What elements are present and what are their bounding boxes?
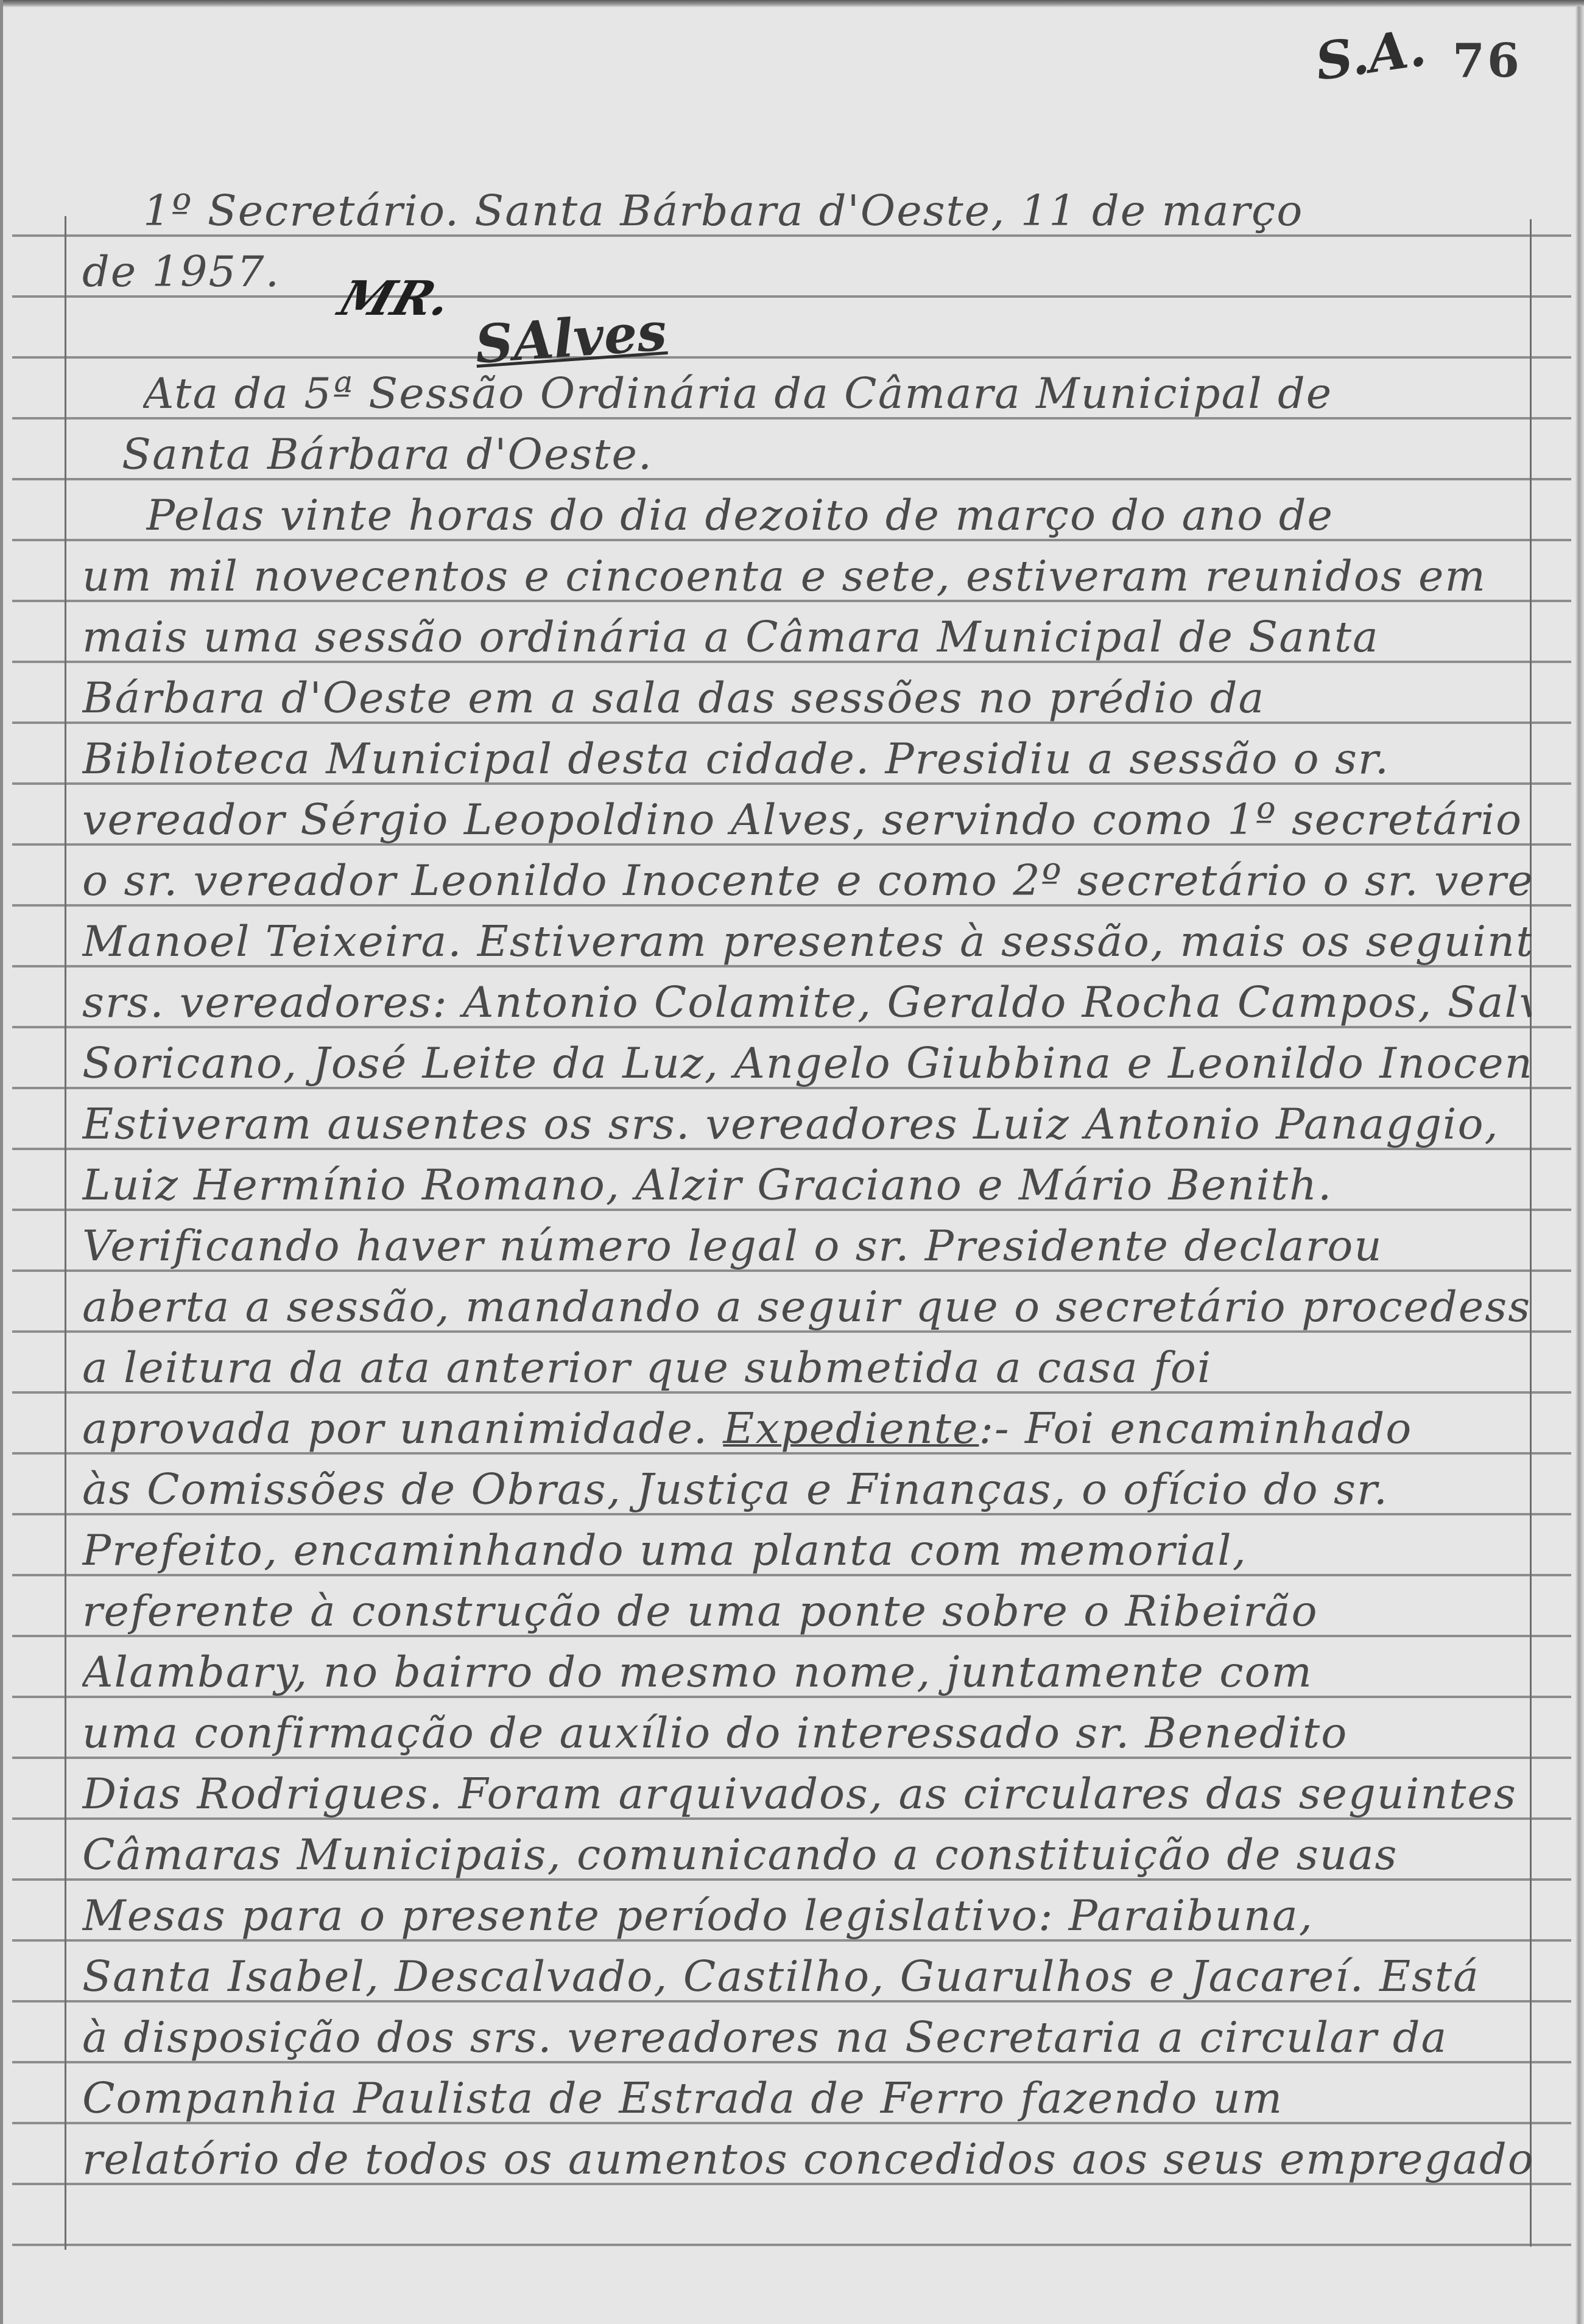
ruled-line bbox=[12, 2244, 1571, 2246]
body-line: uma confirmação de auxílio do interessad… bbox=[82, 1708, 1532, 1758]
body-line: aprovada por unanimidade. Expediente:- F… bbox=[82, 1403, 1532, 1453]
left-margin-line bbox=[65, 216, 66, 2250]
body-line: Verificando haver número legal o sr. Pre… bbox=[82, 1221, 1532, 1271]
title-line-1: Ata da 5ª Sessão Ordinária da Câmara Mun… bbox=[143, 368, 1584, 418]
body-line: referente à construção de uma ponte sobr… bbox=[82, 1586, 1532, 1636]
header-line-2: de 1957. bbox=[82, 247, 1532, 297]
body-line: Pelas vinte horas do dia dezoito de març… bbox=[146, 490, 1529, 540]
header-line-1: 1º Secretário. Santa Bárbara d'Oeste, 11… bbox=[143, 186, 1584, 236]
body-line: Manoel Teixeira. Estiveram presentes à s… bbox=[82, 916, 1532, 966]
body-line: Biblioteca Municipal desta cidade. Presi… bbox=[82, 734, 1532, 784]
body-line: Soricano, José Leite da Luz, Angelo Giub… bbox=[82, 1038, 1532, 1088]
page-right-edge bbox=[1575, 6, 1584, 2324]
body-line: srs. vereadores: Antonio Colamite, Geral… bbox=[82, 977, 1532, 1027]
body-line: Companhia Paulista de Estrada de Ferro f… bbox=[82, 2073, 1532, 2123]
body-line: aberta a sessão, mandando a seguir que o… bbox=[82, 1282, 1532, 1332]
body-line: um mil novecentos e cincoenta e sete, es… bbox=[82, 551, 1532, 601]
body-line: Santa Isabel, Descalvado, Castilho, Guar… bbox=[82, 1951, 1532, 2001]
signature-mark: SAlves bbox=[473, 301, 669, 376]
body-line: à disposição dos srs. vereadores na Secr… bbox=[82, 2012, 1532, 2062]
body-line: Luiz Hermínio Romano, Alzir Graciano e M… bbox=[82, 1160, 1532, 1210]
expediente-heading: Expediente bbox=[723, 1403, 979, 1453]
ledger-page: S.A. 76 1º Secretário. Santa Bárbara d'O… bbox=[0, 0, 1584, 2324]
body-line: Dias Rodrigues. Foram arquivados, as cir… bbox=[82, 1769, 1532, 1819]
title-line-2: Santa Bárbara d'Oeste. bbox=[122, 429, 1571, 479]
body-line: Câmaras Municipais, comunicando a consti… bbox=[82, 1830, 1532, 1880]
body-line: Prefeito, encaminhando uma planta com me… bbox=[82, 1525, 1532, 1575]
body-line: a leitura da ata anterior que submetida … bbox=[82, 1343, 1532, 1392]
page-number: 76 bbox=[1452, 33, 1522, 88]
body-line: Alambary, no bairro do mesmo nome, junta… bbox=[82, 1647, 1532, 1697]
body-line: Estiveram ausentes os srs. vereadores Lu… bbox=[82, 1099, 1532, 1149]
body-line: Mesas para o presente período legislativ… bbox=[82, 1890, 1532, 1940]
body-line: relatório de todos os aumentos concedido… bbox=[82, 2134, 1532, 2184]
body-line: às Comissões de Obras, Justiça e Finança… bbox=[82, 1464, 1532, 1514]
body-line: vereador Sérgio Leopoldino Alves, servin… bbox=[82, 795, 1532, 844]
body-line: o sr. vereador Leonildo Inocente e como … bbox=[82, 855, 1532, 905]
top-signature-stamp: S.A. bbox=[1312, 17, 1429, 92]
page-left-edge bbox=[0, 0, 3, 2324]
page-top-edge bbox=[0, 0, 1584, 7]
ruled-line bbox=[12, 356, 1571, 359]
initials-mark: MR. bbox=[332, 271, 459, 326]
body-line: mais uma sessão ordinária a Câmara Munic… bbox=[82, 612, 1532, 662]
body-line: Bárbara d'Oeste em a sala das sessões no… bbox=[82, 673, 1532, 723]
